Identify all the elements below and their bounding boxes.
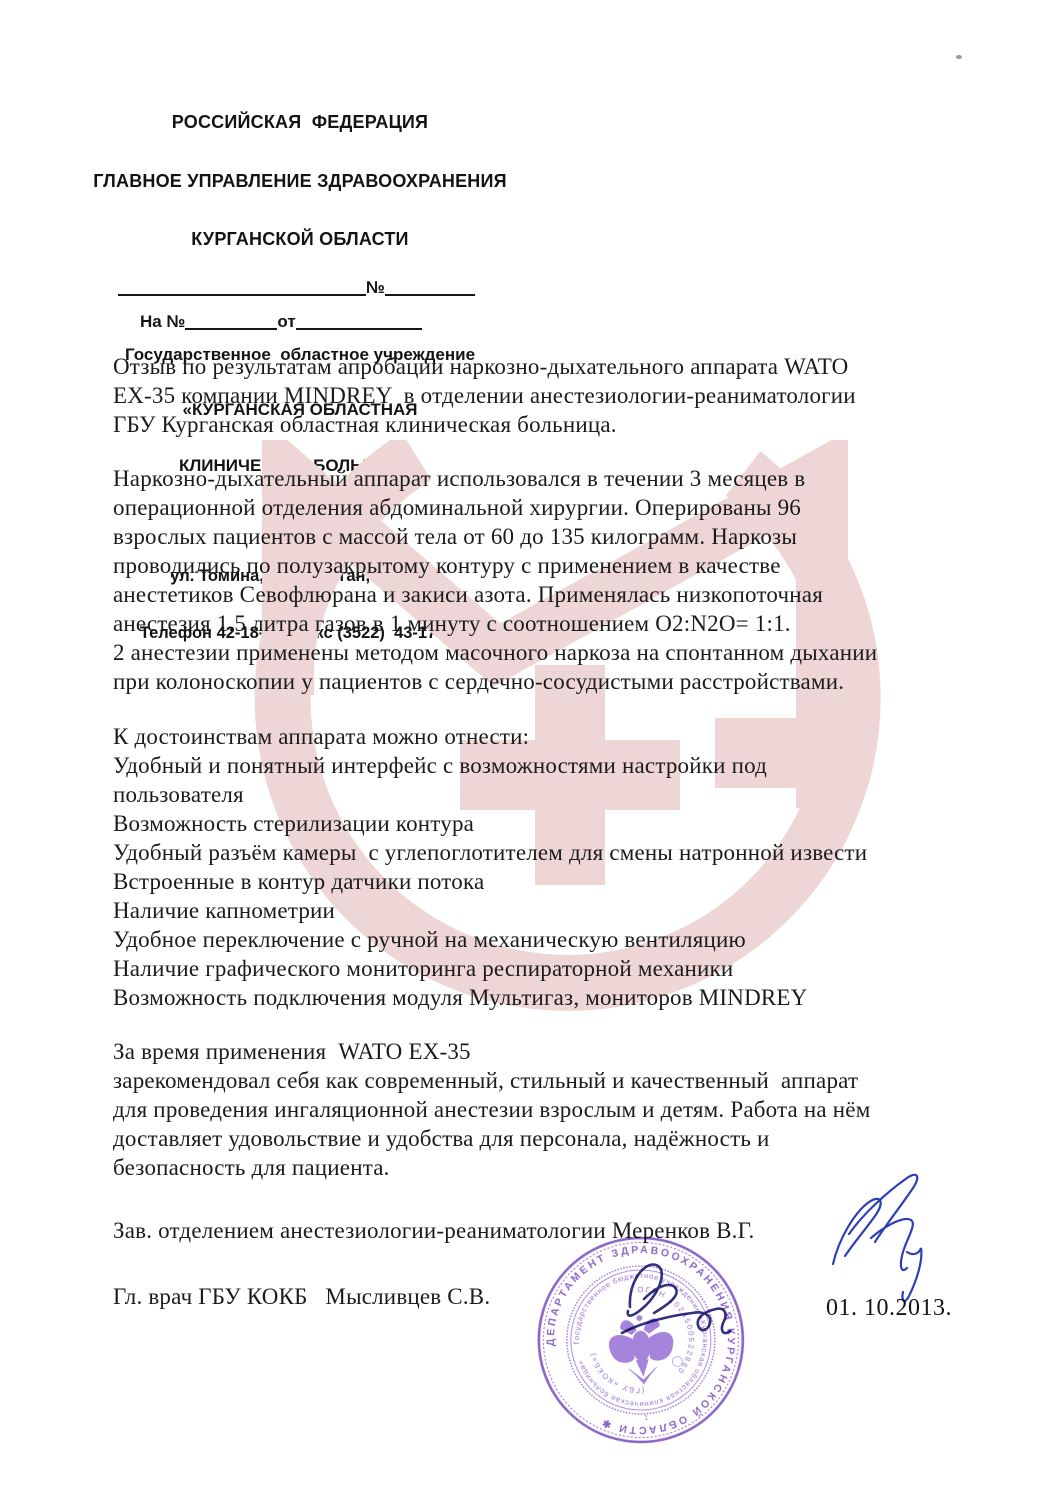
usage-paragraph: Наркозно-дыхательный аппарат использовал… — [113, 464, 958, 696]
dept-head-handwritten-signature — [815, 1168, 955, 1318]
reply-label: На № — [140, 312, 185, 331]
scanned-document-page: РОССИЙСКАЯ ФЕДЕРАЦИЯ ГЛАВНОЕ УПРАВЛЕНИЕ … — [0, 0, 1060, 1500]
advantage-item: Возможность стерилизации контура — [113, 809, 958, 838]
reply-reference-line: На №от — [140, 312, 422, 332]
number-sign: № — [366, 278, 385, 297]
letterhead-department: ГЛАВНОЕ УПРАВЛЕНИЕ ЗДРАВООХРАНЕНИЯ — [55, 172, 545, 192]
scan-speck — [956, 55, 962, 59]
from-label: от — [277, 312, 295, 331]
advantage-item: Удобный разъём камеры с углепоглотителем… — [113, 838, 958, 867]
conclusion-paragraph: За время применения WATO EX-35 зарекомен… — [113, 1037, 958, 1182]
advantage-item: Встроенные в контур датчики потока — [113, 867, 958, 896]
letterhead-country: РОССИЙСКАЯ ФЕДЕРАЦИЯ — [55, 113, 545, 133]
chief-doctor-handwritten-signature — [592, 1255, 752, 1365]
advantages-block: К достоинствам аппарата можно отнести: У… — [113, 722, 958, 1012]
review-title-paragraph: Отзыв по результатам апробации наркозно-… — [113, 352, 958, 439]
advantages-heading: К достоинствам аппарата можно отнести: — [113, 722, 958, 751]
from-date-blank — [296, 312, 422, 330]
letterhead-region: КУРГАНСКОЙ ОБЛАСТИ — [55, 230, 545, 250]
advantage-item: Наличие графического мониторинга респира… — [113, 954, 958, 983]
reply-number-blank — [185, 312, 277, 330]
stamp-bottom-mark: 1 — [644, 1415, 648, 1422]
advantage-item: Удобное переключение с ручной на механич… — [113, 925, 958, 954]
date-blank-field — [118, 278, 366, 296]
advantage-item: Удобный и понятный интерфейс с возможнос… — [113, 751, 958, 809]
number-blank-field — [385, 278, 475, 296]
outgoing-number-line: № — [118, 278, 475, 298]
advantage-item: Возможность подключения модуля Мультигаз… — [113, 983, 958, 1012]
advantage-item: Наличие капнометрии — [113, 896, 958, 925]
